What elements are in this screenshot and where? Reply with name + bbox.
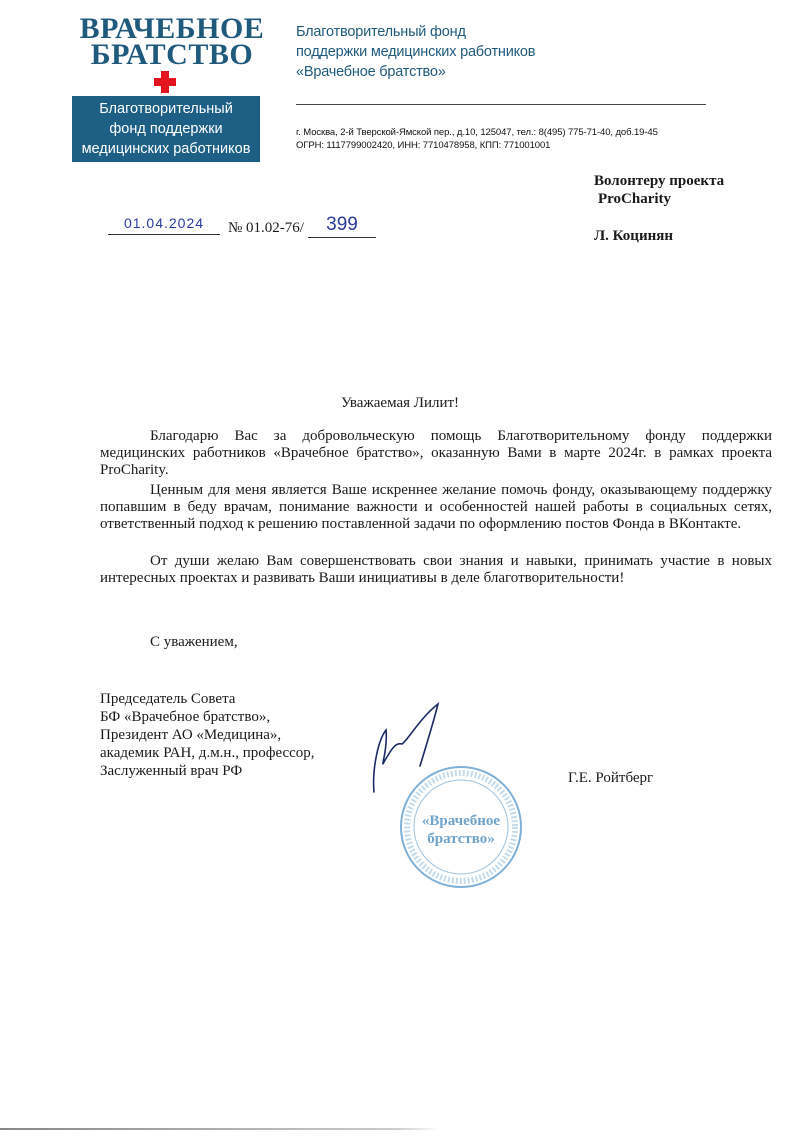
body-paragraph-1: Благодарю Вас за добровольческую помощь …: [100, 428, 772, 479]
logo-box-line3: медицинских работников: [72, 139, 260, 159]
organization-details: г. Москва, 2-й Тверской-Ямской пер., д.1…: [296, 126, 658, 152]
signer-title: Председатель Совета БФ «Врачебное братст…: [100, 690, 315, 780]
signer-title-line: академик РАН, д.м.н., профессор,: [100, 744, 315, 762]
recipient-line2: ProCharity: [594, 190, 724, 208]
logo-box-line2: фонд поддержки: [72, 119, 260, 139]
stamp-text-line2: братство»: [398, 830, 524, 848]
salutation: Уважаемая Лилит!: [0, 395, 800, 412]
recipient-block: Волонтеру проекта ProCharity: [594, 172, 724, 208]
logo-title-line2: БРАТСТВО: [72, 42, 272, 68]
recipient-name: Л. Коцинян: [594, 228, 673, 245]
letter-number-label: № 01.02-76/: [228, 220, 304, 237]
logo-subtitle-box: Благотворительный фонд поддержки медицин…: [72, 96, 260, 162]
signer-title-line: Заслуженный врач РФ: [100, 762, 315, 780]
letter-number-value: 399: [308, 214, 376, 238]
recipient-line1: Волонтеру проекта: [594, 172, 724, 190]
body-paragraph-3: От души желаю Вам совершенствовать свои …: [100, 553, 772, 587]
letter-date: 01.04.2024: [108, 215, 220, 235]
logo-title: ВРАЧЕБНОЕ БРАТСТВО: [72, 16, 272, 68]
body-paragraph-2: Ценным для меня является Ваше искреннее …: [100, 482, 772, 533]
org-address: г. Москва, 2-й Тверской-Ямской пер., д.1…: [296, 126, 658, 139]
signer-title-line: БФ «Врачебное братство»,: [100, 708, 315, 726]
org-name-line2: поддержки медицинских работников: [296, 42, 535, 62]
closing: С уважением,: [150, 634, 238, 651]
logo-box-line1: Благотворительный: [72, 99, 260, 119]
organization-name: Благотворительный фонд поддержки медицин…: [296, 22, 535, 82]
header-divider: [296, 104, 706, 105]
signer-name: Г.Е. Ройтберг: [568, 770, 653, 787]
stamp-text: «Врачебное братство»: [398, 812, 524, 848]
stamp-text-line1: «Врачебное: [398, 812, 524, 830]
red-cross-icon: [154, 71, 176, 93]
org-registration: ОГРН: 1117799002420, ИНН: 7710478958, КП…: [296, 139, 658, 152]
signer-title-line: Председатель Совета: [100, 690, 315, 708]
signer-title-line: Президент АО «Медицина»,: [100, 726, 315, 744]
org-name-line1: Благотворительный фонд: [296, 22, 535, 42]
page-bottom-edge: [0, 1128, 440, 1130]
org-name-line3: «Врачебное братство»: [296, 62, 535, 82]
